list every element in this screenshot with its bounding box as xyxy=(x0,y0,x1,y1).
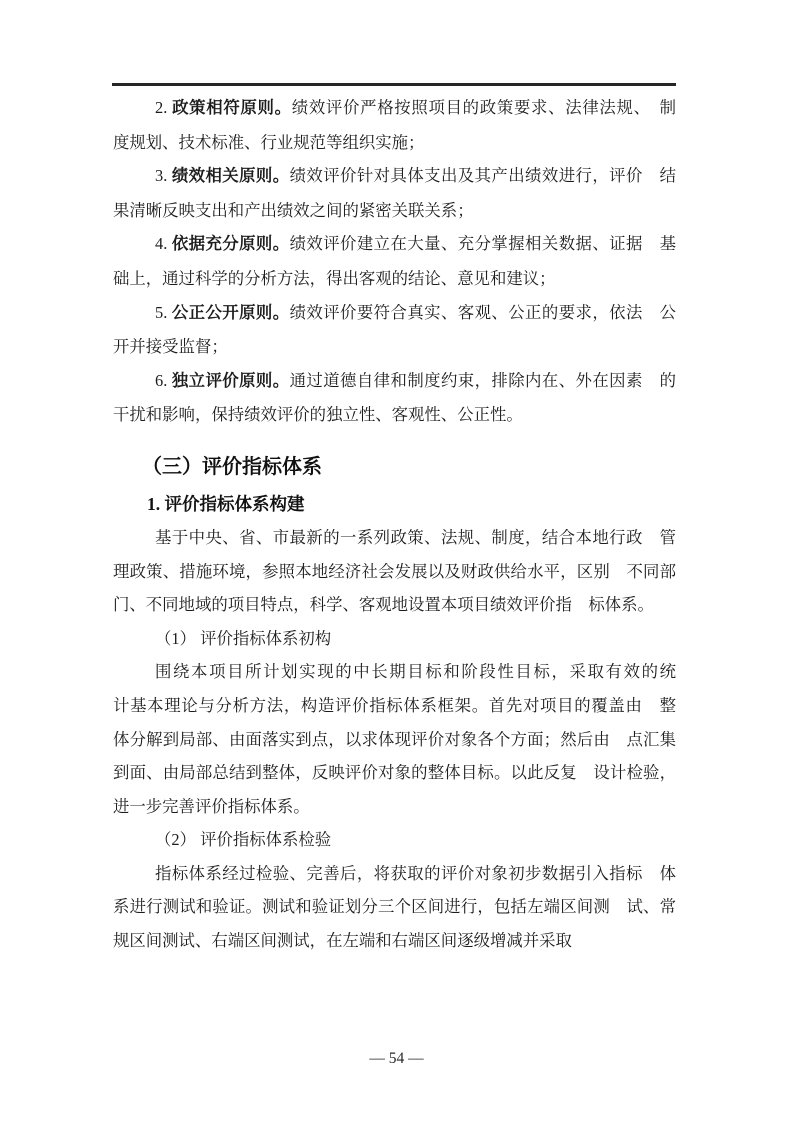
paragraph: 6. 独立评价原则。通过道德自律和制度约束，排除内在、外在因素 的干扰和影响，保… xyxy=(113,364,676,432)
paragraph: 5. 公正公开原则。绩效评价要符合真实、客观、公正的要求，依法 公开并接受监督； xyxy=(113,296,676,364)
page-content: 2. 政策相符原则。绩效评价严格按照项目的政策要求、法律法规、 制度规划、技术标… xyxy=(113,91,676,958)
principle-term: 政策相符原则。 xyxy=(172,99,292,117)
text-line: 基于中央、省、市最新的一系列政策、法规、制度，结合本地行政 管 xyxy=(113,521,676,555)
text-line: 门、不同地域的项目特点，科学、客观地设置本项目绩效评价指 标体系。 xyxy=(113,588,676,622)
text-line: 4. 依据充分原则。绩效评价建立在大量、充分掌握相关数据、证据 基 xyxy=(113,227,676,262)
text-run: 4. xyxy=(155,234,172,253)
text-run: 体分解到局部、由面落实到点，以求体现评价对象各个方面；然后由 点汇集 xyxy=(113,730,676,749)
text-run: 6. xyxy=(155,371,172,390)
text-line: 围绕本项目所计划实现的中长期目标和阶段性目标，采取有效的统 xyxy=(113,655,676,689)
paragraph: 基于中央、省、市最新的一系列政策、法规、制度，结合本地行政 管理政策、措施环境，… xyxy=(113,521,676,622)
document-page: 2. 政策相符原则。绩效评价严格按照项目的政策要求、法律法规、 制度规划、技术标… xyxy=(0,0,793,1122)
paragraph: 3. 绩效相关原则。绩效评价针对具体支出及其产出绩效进行，评价 结果清晰反映支出… xyxy=(113,159,676,227)
sub-heading: 1. 评价指标体系构建 xyxy=(113,487,676,521)
numbered-item: （2） 评价指标体系检验 xyxy=(113,823,676,857)
text-run: 5. xyxy=(155,303,172,322)
text-line: 开并接受监督； xyxy=(113,330,676,364)
text-line: 础上，通过科学的分析方法，得出客观的结论、意见和建议； xyxy=(113,262,676,296)
text-run: 绩效评价针对具体支出及其产出绩效进行，评价 结 xyxy=(290,166,676,185)
text-line: 度规划、技术标准、行业规范等组织实施； xyxy=(113,126,676,160)
text-run: 规区间测试、右端区间测试，在左端和右端区间逐级增减并采取 xyxy=(113,931,572,950)
text-line: 3. 绩效相关原则。绩效评价针对具体支出及其产出绩效进行，评价 结 xyxy=(113,159,676,194)
text-line: 到面、由局部总结到整体，反映评价对象的整体目标。以此反复 设计检验， xyxy=(113,756,676,790)
principle-term: 依据充分原则。 xyxy=(172,235,290,253)
principle-term: 绩效相关原则。 xyxy=(172,167,290,185)
text-run: 3. xyxy=(155,166,172,185)
text-run: 绩效评价要符合真实、客观、公正的要求，依法 公 xyxy=(290,303,676,322)
text-run: 果清晰反映支出和产出绩效之间的紧密关联关系； xyxy=(113,201,474,220)
text-run: 围绕本项目所计划实现的中长期目标和阶段性目标，采取有效的统 xyxy=(155,662,676,681)
paragraph: 2. 政策相符原则。绩效评价严格按照项目的政策要求、法律法规、 制度规划、技术标… xyxy=(113,91,676,159)
text-line: 体分解到局部、由面落实到点，以求体现评价对象各个方面；然后由 点汇集 xyxy=(113,723,676,757)
principle-term: 独立评价原则。 xyxy=(172,372,290,390)
text-line: 指标体系经过检验、完善后，将获取的评价对象初步数据引入指标 体 xyxy=(113,857,676,891)
paragraph: 指标体系经过检验、完善后，将获取的评价对象初步数据引入指标 体系进行测试和验证。… xyxy=(113,857,676,958)
text-line: 果清晰反映支出和产出绩效之间的紧密关联关系； xyxy=(113,194,676,228)
paragraph: 围绕本项目所计划实现的中长期目标和阶段性目标，采取有效的统计基本理论与分析方法，… xyxy=(113,655,676,823)
text-run: 2. xyxy=(155,98,172,117)
text-line: 系进行测试和验证。测试和验证划分三个区间进行，包括左端区间测 试、常 xyxy=(113,890,676,924)
text-run: 开并接受监督； xyxy=(113,337,228,356)
principle-term: 公正公开原则。 xyxy=(172,304,290,322)
section-heading: （三）评价指标体系 xyxy=(113,447,676,487)
text-line: 5. 公正公开原则。绩效评价要符合真实、客观、公正的要求，依法 公 xyxy=(113,296,676,331)
text-run: 度规划、技术标准、行业规范等组织实施； xyxy=(113,133,424,152)
header-rule xyxy=(112,83,676,86)
text-line: 6. 独立评价原则。通过道德自律和制度约束，排除内在、外在因素 的 xyxy=(113,364,676,399)
text-line: 2. 政策相符原则。绩效评价严格按照项目的政策要求、法律法规、 制 xyxy=(113,91,676,126)
text-run: 指标体系经过检验、完善后，将获取的评价对象初步数据引入指标 体 xyxy=(155,864,676,883)
text-line: 进一步完善评价指标体系。 xyxy=(113,790,676,824)
text-line: 理政策、措施环境，参照本地经济社会发展以及财政供给水平，区别 不同部 xyxy=(113,555,676,589)
text-run: 通过道德自律和制度约束，排除内在、外在因素 的 xyxy=(290,371,676,390)
text-line: 计基本理论与分析方法，构造评价指标体系框架。首先对项目的覆盖由 整 xyxy=(113,689,676,723)
text-run: 础上，通过科学的分析方法，得出客观的结论、意见和建议； xyxy=(113,269,556,288)
text-line: 干扰和影响，保持绩效评价的独立性、客观性、公正性。 xyxy=(113,398,676,432)
text-run: 进一步完善评价指标体系。 xyxy=(113,797,310,816)
text-run: 理政策、措施环境，参照本地经济社会发展以及财政供给水平，区别 不同部 xyxy=(113,562,676,581)
text-line: 规区间测试、右端区间测试，在左端和右端区间逐级增减并采取 xyxy=(113,924,676,958)
text-run: 绩效评价建立在大量、充分掌握相关数据、证据 基 xyxy=(290,234,676,253)
text-run: 基于中央、省、市最新的一系列政策、法规、制度，结合本地行政 管 xyxy=(155,528,676,547)
text-run: 干扰和影响，保持绩效评价的独立性、客观性、公正性。 xyxy=(113,405,523,424)
text-run: 系进行测试和验证。测试和验证划分三个区间进行，包括左端区间测 试、常 xyxy=(113,897,676,916)
text-run: 到面、由局部总结到整体，反映评价对象的整体目标。以此反复 设计检验， xyxy=(113,763,676,782)
paragraph: 4. 依据充分原则。绩效评价建立在大量、充分掌握相关数据、证据 基础上，通过科学… xyxy=(113,227,676,295)
page-number: — 54 — xyxy=(0,1047,793,1071)
text-run: 门、不同地域的项目特点，科学、客观地设置本项目绩效评价指 标体系。 xyxy=(113,595,654,614)
numbered-item: （1） 评价指标体系初构 xyxy=(113,622,676,656)
text-run: 计基本理论与分析方法，构造评价指标体系框架。首先对项目的覆盖由 整 xyxy=(113,696,676,715)
text-run: 绩效评价严格按照项目的政策要求、法律法规、 制 xyxy=(292,98,676,117)
